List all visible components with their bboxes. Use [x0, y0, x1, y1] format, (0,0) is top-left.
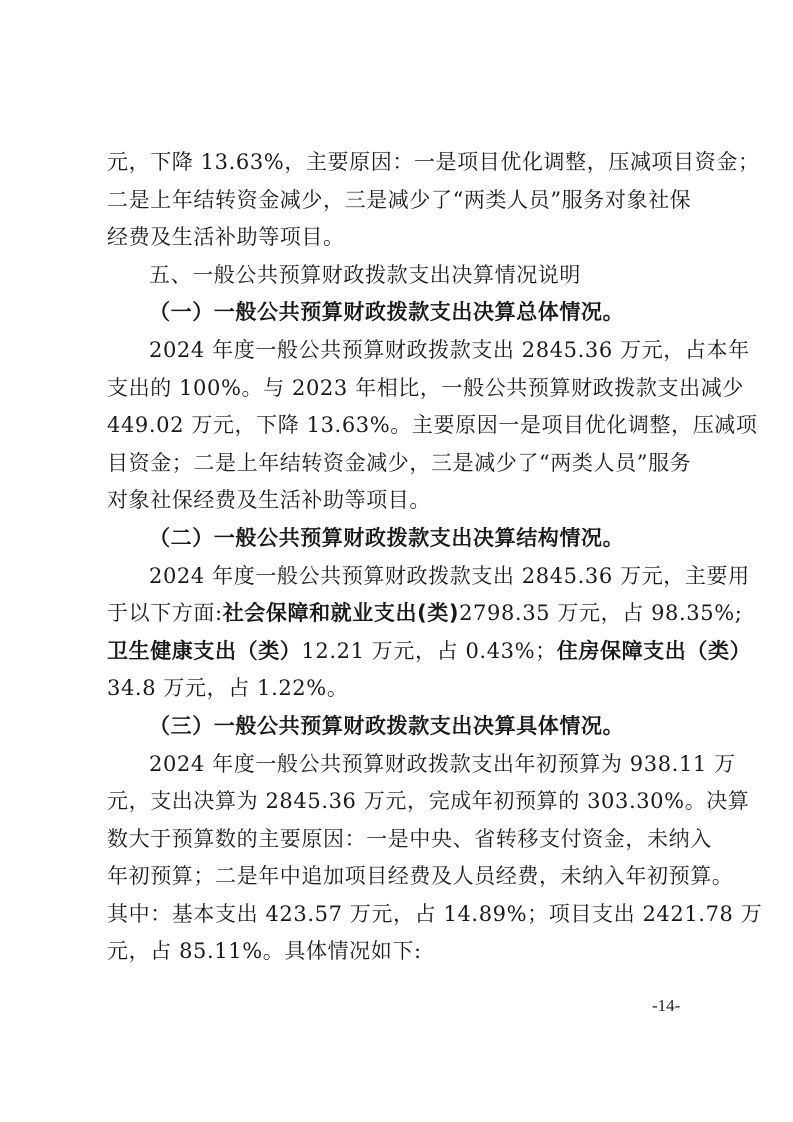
text-segment: 12.21 万元，占 0.43%； — [301, 639, 556, 663]
paragraph-structure: 2024 年度一般公共预算财政拨款支出 2845.36 万元，主要用 于以下方面… — [107, 558, 691, 708]
text-line: 经费及生活补助等项目。 — [107, 219, 691, 257]
paragraph-details: 2024 年度一般公共预算财政拨款支出年初预算为 938.11 万 元，支出决算… — [107, 746, 691, 972]
text-line: 元，下降 13.63%，主要原因：一是项目优化调整，压减项目资金； — [107, 144, 691, 182]
text-line: 卫生健康支出（类）12.21 万元，占 0.43%；住房保障支出（类） — [107, 633, 691, 671]
text-line: 支出的 100%。与 2023 年相比，一般公共预算财政拨款支出减少 — [107, 370, 691, 408]
text-line: 对象社保经费及生活补助等项目。 — [107, 482, 691, 520]
text-line: 元，占 85.11%。具体情况如下: — [107, 933, 691, 971]
text-line: 2024 年度一般公共预算财政拨款支出年初预算为 938.11 万 — [107, 746, 691, 784]
paragraph-overall: 2024 年度一般公共预算财政拨款支出 2845.36 万元，占本年 支出的 1… — [107, 332, 691, 520]
text-line: 34.8 万元，占 1.22%。 — [107, 670, 691, 708]
subsection-heading-three: （三）一般公共预算财政拨款支出决算具体情况。 — [107, 708, 691, 746]
text-line: 目资金；二是上年结转资金减少，三是减少了“两类人员”服务 — [107, 445, 691, 483]
page-number: -14- — [652, 996, 680, 1016]
text-line: 元，支出决算为 2845.36 万元，完成年初预算的 303.30%。决算 — [107, 783, 691, 821]
text-line: 449.02 万元，下降 13.63%。主要原因一是项目优化调整，压减项 — [107, 407, 691, 445]
text-line: 数大于预算数的主要原因：一是中央、省转移支付资金，未纳入 — [107, 821, 691, 859]
document-page: 元，下降 13.63%，主要原因：一是项目优化调整，压减项目资金； 二是上年结转… — [107, 144, 691, 971]
category-housing: 住房保障支出（类） — [557, 639, 751, 663]
category-health: 卫生健康支出（类） — [107, 639, 301, 663]
text-line: 二是上年结转资金减少，三是减少了“两类人员”服务对象社保 — [107, 182, 691, 220]
text-line: 其中：基本支出 423.57 万元，占 14.89%；项目支出 2421.78 … — [107, 896, 691, 934]
category-social-security: 社会保障和就业支出(类) — [223, 601, 459, 625]
section-heading-five: 五、一般公共预算财政拨款支出决算情况说明 — [107, 257, 691, 295]
text-line: 于以下方面:社会保障和就业支出(类)2798.35 万元，占 98.35%; — [107, 595, 691, 633]
text-line: 2024 年度一般公共预算财政拨款支出 2845.36 万元，占本年 — [107, 332, 691, 370]
text-line: 年初预算；二是年中追加项目经费及人员经费，未纳入年初预算。 — [107, 858, 691, 896]
subsection-heading-one: （一）一般公共预算财政拨款支出决算总体情况。 — [107, 294, 691, 332]
text-segment: 2798.35 万元，占 98.35%; — [459, 601, 742, 625]
subsection-heading-two: （二）一般公共预算财政拨款支出决算结构情况。 — [107, 520, 691, 558]
text-segment: 于以下方面: — [107, 601, 223, 625]
paragraph-continuation: 元，下降 13.63%，主要原因：一是项目优化调整，压减项目资金； 二是上年结转… — [107, 144, 691, 257]
text-line: 2024 年度一般公共预算财政拨款支出 2845.36 万元，主要用 — [107, 558, 691, 596]
